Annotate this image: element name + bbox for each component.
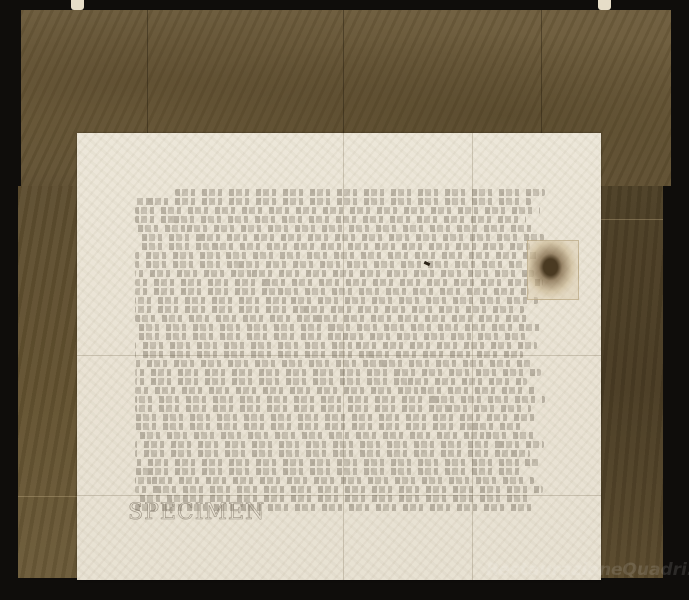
handwriting-line: [135, 414, 540, 421]
handwriting-line: [135, 207, 540, 214]
handwriting-line: [135, 216, 526, 223]
handwriting-line: [135, 423, 526, 430]
handwriting-line: [135, 315, 533, 322]
handwriting-line: [135, 486, 543, 493]
handwriting-line: [135, 459, 539, 466]
handwriting-line: [135, 369, 541, 376]
handwriting-line: [135, 279, 543, 286]
handwriting-line: [175, 189, 545, 196]
handwriting-line: [135, 441, 544, 448]
handwriting-line: [135, 387, 536, 394]
handwriting-line: [135, 450, 530, 457]
handwriting-line: [135, 261, 525, 268]
handwriting-line: [135, 378, 527, 385]
handwriting-line: [135, 252, 539, 259]
handwriting-line: [135, 297, 538, 304]
handwriting-line: [135, 288, 529, 295]
handwriting-line: [135, 234, 544, 241]
handwriting-line: [135, 243, 530, 250]
backing-paper-right: [598, 186, 663, 578]
specimen-stamp: SPECIMEN: [128, 500, 265, 525]
watermark-text: RestaurazioneQuadri.it: [486, 560, 689, 580]
handwriting-line: [135, 342, 537, 349]
hanging-tab-right: [598, 0, 611, 10]
backing-fold-line: [18, 496, 80, 497]
handwriting-line: [135, 405, 531, 412]
hanging-tab-left: [71, 0, 84, 10]
handwriting-line: [135, 333, 528, 340]
handwriting-line: [135, 351, 523, 358]
handwriting-line: [135, 360, 532, 367]
handwriting-line: [135, 468, 525, 475]
handwriting-line: [135, 396, 545, 403]
handwriting-line: [135, 306, 524, 313]
handwritten-text-block: [135, 189, 545, 515]
backing-fold-line: [598, 219, 663, 220]
handwriting-line: [135, 324, 542, 331]
handwriting-line: [135, 198, 531, 205]
handwriting-line: [135, 432, 535, 439]
handwriting-line: [135, 270, 534, 277]
wax-seal-stain: [527, 240, 579, 300]
handwriting-line: [135, 225, 535, 232]
handwriting-line: [135, 477, 534, 484]
backing-paper-left: [18, 186, 80, 578]
